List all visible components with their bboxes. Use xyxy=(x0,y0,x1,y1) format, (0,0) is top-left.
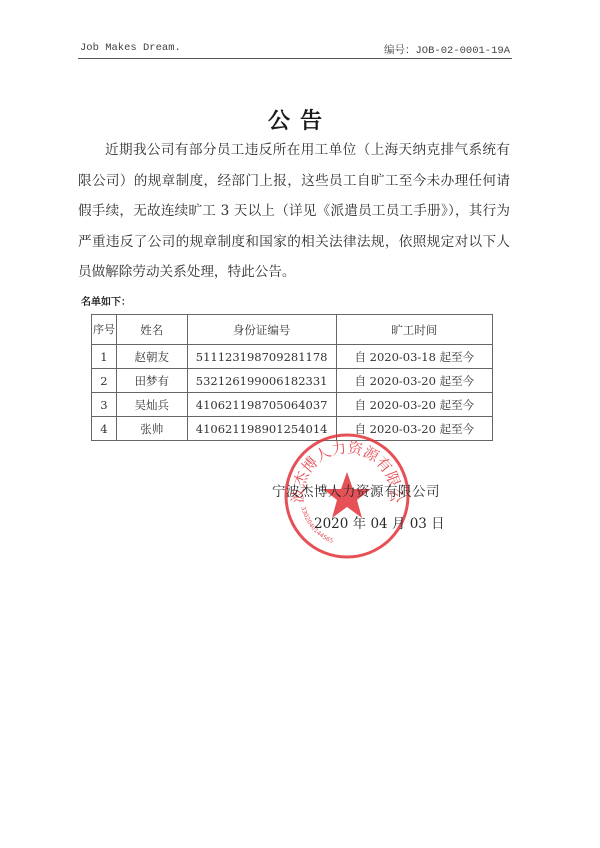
header-name: 姓名 xyxy=(116,315,187,345)
cell-seq: 2 xyxy=(92,369,117,393)
cell-time: 自 2020-03-18 起至今 xyxy=(336,345,492,369)
signature-date: 2020 年 04 月 03 日 xyxy=(314,512,445,532)
table-row: 1 赵朝友 511123198709281178 自 2020-03-18 起至… xyxy=(92,345,493,369)
cell-name: 张帅 xyxy=(116,417,187,441)
document-number: 编号：JOB-02-0001-19A xyxy=(384,42,510,57)
cell-id: 511123198709281178 xyxy=(187,345,336,369)
dismissal-table: 序号 姓名 身份证编号 旷工时间 1 赵朝友 51112319870928117… xyxy=(91,314,493,441)
notice-title: 公告 xyxy=(0,104,600,135)
table-row: 2 田梦有 532126199006182331 自 2020-03-20 起至… xyxy=(92,369,493,393)
header-id: 身份证编号 xyxy=(187,315,336,345)
cell-name: 赵朝友 xyxy=(116,345,187,369)
cell-time: 自 2020-03-20 起至今 xyxy=(336,393,492,417)
table-header-row: 序号 姓名 身份证编号 旷工时间 xyxy=(92,315,493,345)
cell-seq: 4 xyxy=(92,417,117,441)
cell-id: 410621198705064037 xyxy=(187,393,336,417)
cell-seq: 3 xyxy=(92,393,117,417)
list-label: 名单如下： xyxy=(81,293,131,308)
header-time: 旷工时间 xyxy=(336,315,492,345)
cell-id: 532126199006182331 xyxy=(187,369,336,393)
notice-body: 近期我公司有部分员工违反所在用工单位（上海天纳克排气系统有限公司）的规章制度，经… xyxy=(78,135,510,288)
cell-time: 自 2020-03-20 起至今 xyxy=(336,369,492,393)
table-row: 3 吴灿兵 410621198705064037 自 2020-03-20 起至… xyxy=(92,393,493,417)
header-seq: 序号 xyxy=(92,315,117,345)
cell-seq: 1 xyxy=(92,345,117,369)
cell-name: 田梦有 xyxy=(116,369,187,393)
signature-company: 宁波杰博人力资源有限公司 xyxy=(272,480,440,500)
cell-name: 吴灿兵 xyxy=(116,393,187,417)
header-slogan: Job Makes Dream. xyxy=(80,42,181,54)
page-header: Job Makes Dream. 编号：JOB-02-0001-19A xyxy=(78,40,512,59)
